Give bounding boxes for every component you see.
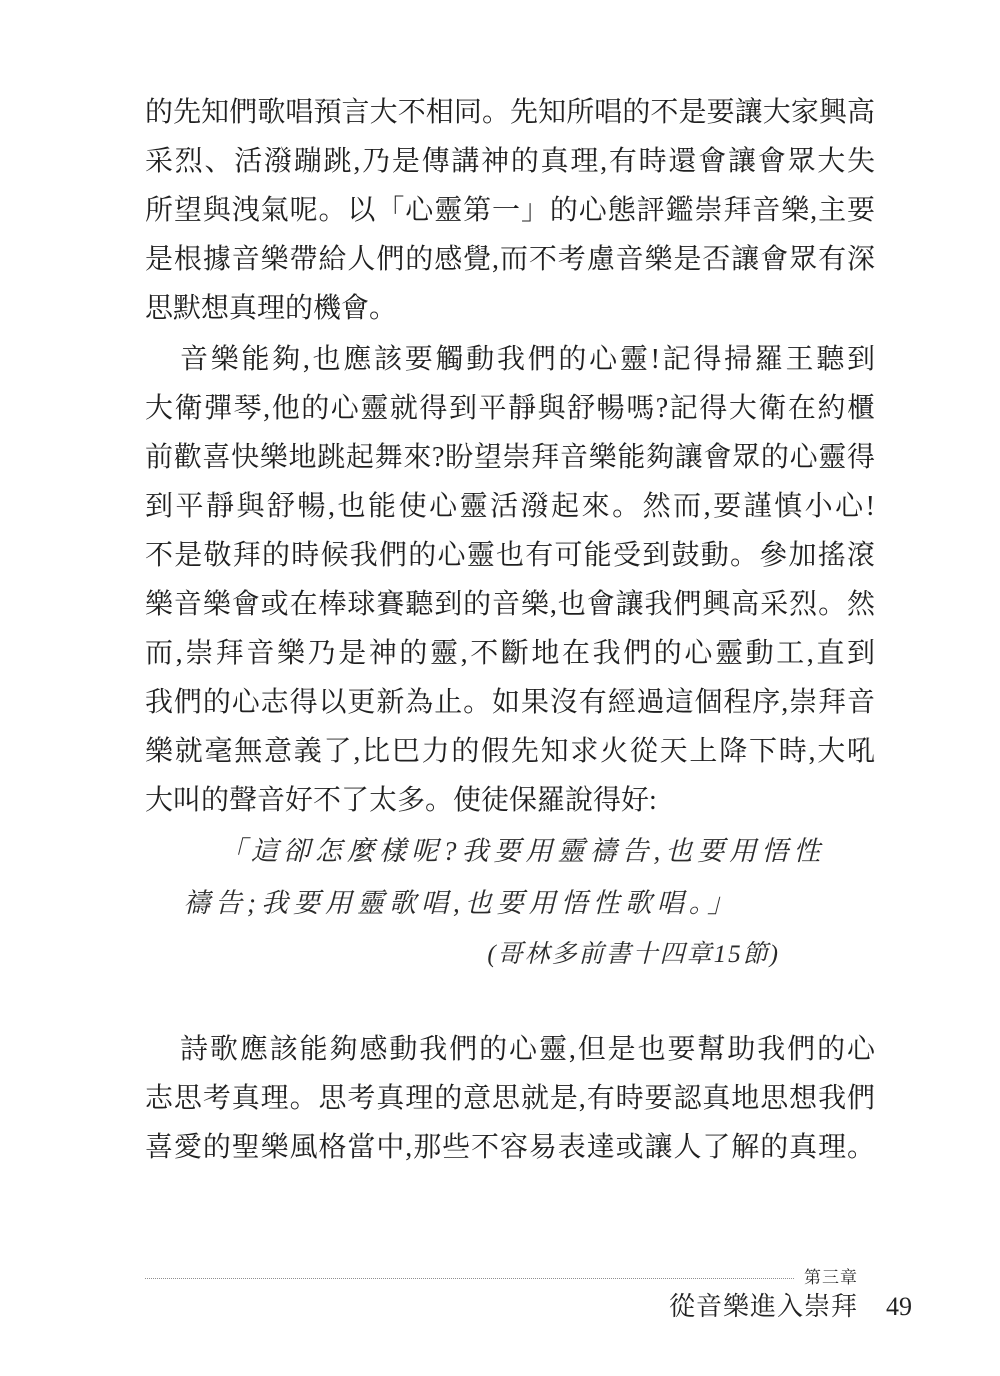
body-line: 大叫的聲音好不了太多。使徒保羅說得好: [145, 776, 875, 825]
paragraph-1: 的先知們歌唱預言大不相同。先知所唱的不是要讓大家興高 采烈、活潑蹦跳,乃是傳講神… [145, 88, 875, 333]
body-line: 喜愛的聖樂風格當中,那些不容易表達或讓人了解的真理。 [145, 1123, 875, 1172]
body-line: 采烈、活潑蹦跳,乃是傳講神的真理,有時還會讓會眾大失 [145, 137, 875, 186]
body-line: 到平靜與舒暢,也能使心靈活潑起來。然而,要謹慎小心! [145, 482, 875, 531]
scripture-quote: 「這卻怎麼樣呢?我要用靈禱告,也要用悟性 禱告;我要用靈歌唱,也要用悟性歌唱。」… [145, 825, 875, 981]
body-line: 志思考真理。思考真理的意思就是,有時要認真地思想我們 [145, 1074, 875, 1123]
body-line: 是根據音樂帶給人們的感覺,而不考慮音樂是否讓會眾有深 [145, 235, 875, 284]
body-line: 前歡喜快樂地跳起舞來?盼望崇拜音樂能夠讓會眾的心靈得 [145, 433, 875, 482]
body-line: 大衛彈琴,他的心靈就得到平靜與舒暢嗎?記得大衛在約櫃 [145, 384, 875, 433]
book-page: 的先知們歌唱預言大不相同。先知所唱的不是要讓大家興高 采烈、活潑蹦跳,乃是傳講神… [0, 0, 1000, 1376]
body-line: 樂音樂會或在棒球賽聽到的音樂,也會讓我們興高采烈。然 [145, 580, 875, 629]
body-line: 我們的心志得以更新為止。如果沒有經過這個程序,崇拜音 [145, 678, 875, 727]
footer-page-number: 49 [886, 1292, 912, 1322]
quote-line: 「這卻怎麼樣呢?我要用靈禱告,也要用悟性 [145, 825, 875, 877]
quote-line: 禱告;我要用靈歌唱,也要用悟性歌唱。」 [145, 877, 875, 929]
text-column: 的先知們歌唱預言大不相同。先知所唱的不是要讓大家興高 采烈、活潑蹦跳,乃是傳講神… [145, 88, 875, 1172]
body-line: 音樂能夠,也應該要觸動我們的心靈!記得掃羅王聽到 [145, 335, 875, 384]
body-line: 不是敬拜的時候我們的心靈也有可能受到鼓動。參加搖滾 [145, 531, 875, 580]
footer-title-row: 從音樂進入崇拜 49 [669, 1286, 912, 1323]
body-line: 樂就毫無意義了,比巴力的假先知求火從天上降下時,大吼 [145, 727, 875, 776]
paragraph-3: 詩歌應該能夠感動我們的心靈,但是也要幫助我們的心 志思考真理。思考真理的意思就是… [145, 1025, 875, 1172]
body-line: 所望與洩氣呢。以「心靈第一」的心態評鑑崇拜音樂,主要 [145, 186, 875, 235]
body-line: 詩歌應該能夠感動我們的心靈,但是也要幫助我們的心 [145, 1025, 875, 1074]
footer-section-title: 從音樂進入崇拜 [669, 1286, 858, 1323]
body-line: 的先知們歌唱預言大不相同。先知所唱的不是要讓大家興高 [145, 88, 875, 137]
paragraph-2: 音樂能夠,也應該要觸動我們的心靈!記得掃羅王聽到 大衛彈琴,他的心靈就得到平靜與… [145, 335, 875, 825]
body-line: 思默想真理的機會。 [145, 284, 875, 333]
footer-rule [145, 1278, 794, 1279]
body-line: 而,崇拜音樂乃是神的靈,不斷地在我們的心靈動工,直到 [145, 629, 875, 678]
quote-citation: (哥林多前書十四章15節) [145, 929, 875, 981]
